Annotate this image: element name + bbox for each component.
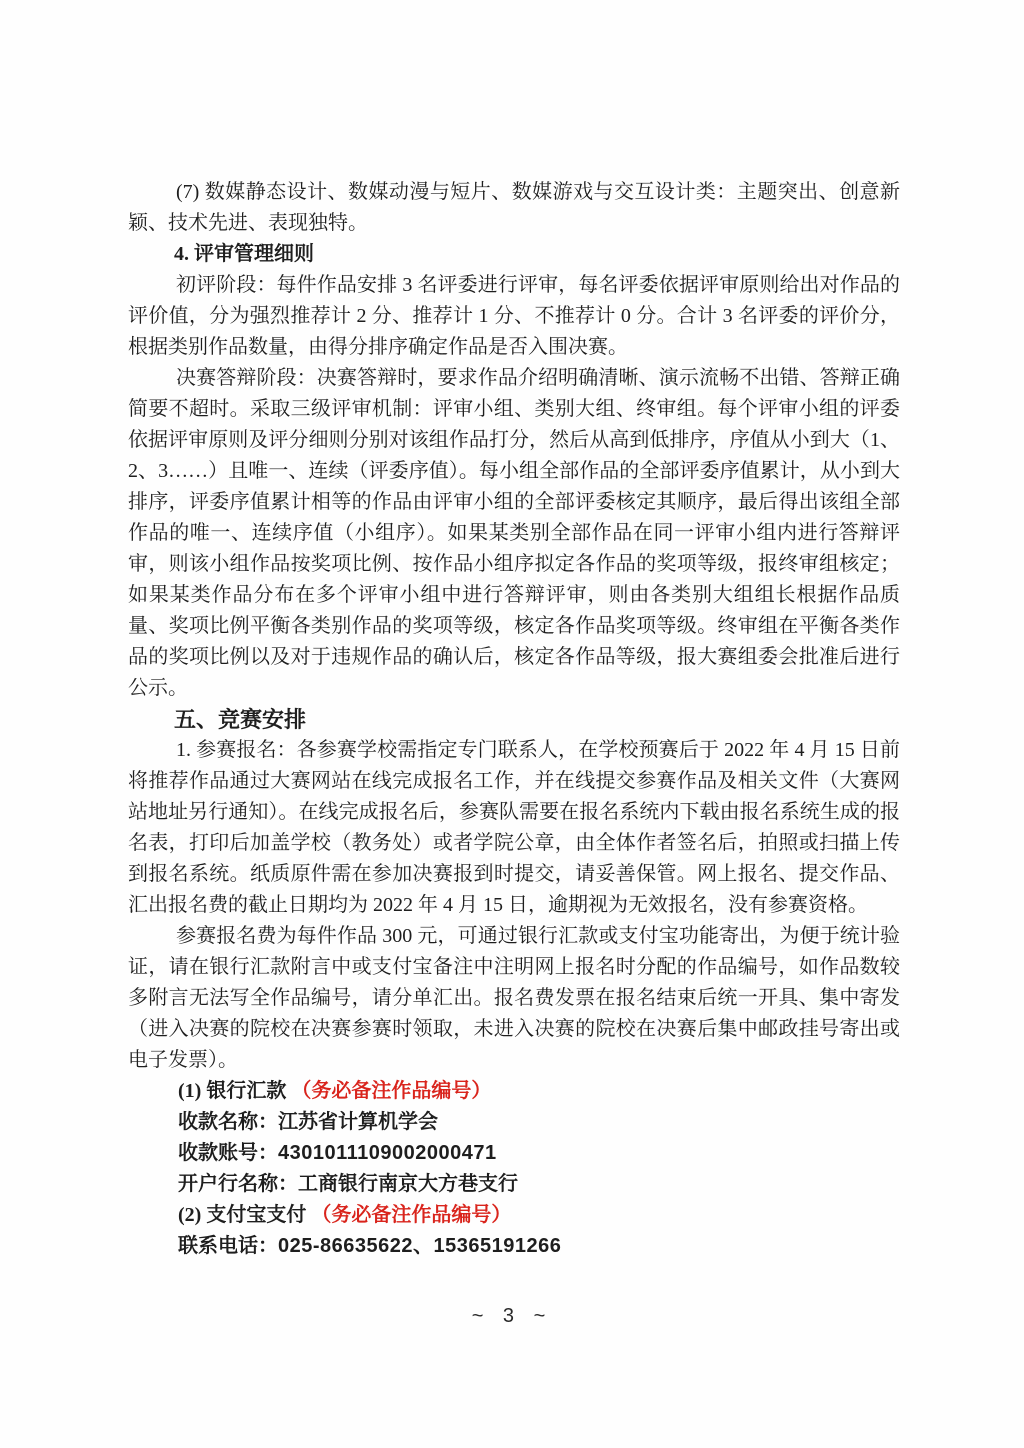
payment-payee-name-line: 收款名称：江苏省计算机学会 bbox=[178, 1107, 900, 1138]
bank-transfer-note: （务必备注作品编号） bbox=[291, 1080, 491, 1102]
phone-numbers: 025-86635622、15365191266 bbox=[278, 1235, 561, 1257]
paragraph-final-defense: 决赛答辩阶段：决赛答辩时，要求作品介绍明确清晰、演示流畅不出错、答辩正确简要不超… bbox=[128, 363, 900, 704]
alipay-label: (2) 支付宝支付 bbox=[178, 1204, 311, 1226]
bank-transfer-label: (1) 银行汇款 bbox=[178, 1080, 291, 1102]
paragraph-preliminary-review: 初评阶段：每件作品安排 3 名评委进行评审，每名评委依据评审原则给出对作品的评价… bbox=[128, 270, 900, 363]
payment-alipay-line: (2) 支付宝支付 （务必备注作品编号） bbox=[178, 1200, 900, 1231]
page-number: ~ 3 ~ bbox=[0, 1301, 1024, 1332]
payment-account-line: 收款账号：4301011109002000471 bbox=[178, 1138, 900, 1169]
document-page: (7) 数媒静态设计、数媒动漫与短片、数媒游戏与交互设计类：主题突出、创意新颖、… bbox=[0, 0, 1024, 1448]
alipay-note: （务必备注作品编号） bbox=[311, 1204, 511, 1226]
paragraph-category-7: (7) 数媒静态设计、数媒动漫与短片、数媒游戏与交互设计类：主题突出、创意新颖、… bbox=[128, 177, 900, 239]
paragraph-registration-fee: 参赛报名费为每件作品 300 元，可通过银行汇款或支付宝功能寄出，为便于统计验证… bbox=[128, 921, 900, 1076]
account-label: 收款账号： bbox=[178, 1142, 278, 1164]
account-number: 4301011109002000471 bbox=[278, 1142, 497, 1164]
payment-bank-branch-line: 开户行名称：工商银行南京大方巷支行 bbox=[178, 1169, 900, 1200]
heading-competition-arrangement: 五、竞赛安排 bbox=[174, 704, 900, 735]
phone-label: 联系电话： bbox=[178, 1235, 278, 1257]
heading-review-rules: 4. 评审管理细则 bbox=[174, 239, 900, 270]
payee-name-text: 收款名称：江苏省计算机学会 bbox=[178, 1111, 438, 1133]
payment-bank-transfer-line: (1) 银行汇款 （务必备注作品编号） bbox=[178, 1076, 900, 1107]
payment-phone-line: 联系电话：025-86635622、15365191266 bbox=[178, 1231, 900, 1262]
bank-branch-text: 开户行名称：工商银行南京大方巷支行 bbox=[178, 1173, 518, 1195]
paragraph-registration: 1. 参赛报名：各参赛学校需指定专门联系人，在学校预赛后于 2022 年 4 月… bbox=[128, 735, 900, 921]
